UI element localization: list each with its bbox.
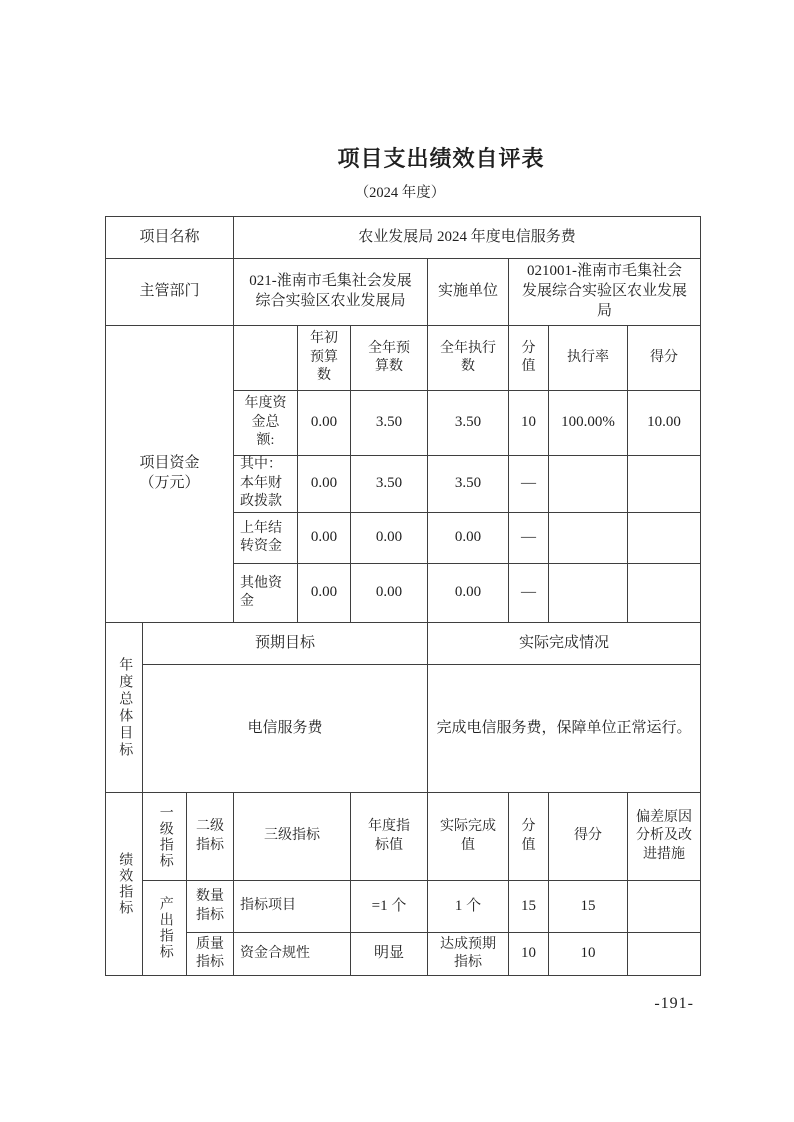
expected-goal-value: 电信服务费 <box>143 665 428 793</box>
self-evaluation-table: 项目名称 农业发展局 2024 年度电信服务费 主管部门 021-淮南市毛集社会… <box>105 216 701 976</box>
funding-header-executed: 全年执行 数 <box>428 326 509 391</box>
perf-target-cell: =1 个 <box>351 881 428 933</box>
department-value: 021-淮南市毛集社会发展 综合实验区农业发展局 <box>234 259 428 326</box>
perf-score-cell: 10 <box>549 933 628 976</box>
perf-header-score: 得分 <box>549 793 628 881</box>
perf-level1-text: 产出指标 <box>155 896 173 960</box>
unit-value: 021001-淮南市毛集社会 发展综合实验区农业发展 局 <box>509 259 701 326</box>
funding-cell: 3.50 <box>351 391 428 456</box>
funding-header-score: 得分 <box>628 326 701 391</box>
expected-goal-header: 预期目标 <box>143 623 428 665</box>
funding-cell <box>628 564 701 623</box>
project-name-value: 农业发展局 2024 年度电信服务费 <box>234 217 701 259</box>
funding-cell <box>628 456 701 513</box>
project-name-label: 项目名称 <box>106 217 234 259</box>
perf-level3-cell: 指标项目 <box>234 881 351 933</box>
funding-cell <box>628 513 701 564</box>
unit-label: 实施单位 <box>428 259 509 326</box>
perf-actual-cell: 达成预期 指标 <box>428 933 509 976</box>
perf-header-points: 分 值 <box>509 793 549 881</box>
funding-cell: 0.00 <box>298 564 351 623</box>
perf-header-target: 年度指 标值 <box>351 793 428 881</box>
funding-header-empty <box>234 326 298 391</box>
funding-row-label: 上年结 转资金 <box>234 513 298 564</box>
department-label: 主管部门 <box>106 259 234 326</box>
page-subtitle: （2024 年度） <box>0 181 794 202</box>
funding-header-execution-rate: 执行率 <box>549 326 628 391</box>
funding-cell: 3.50 <box>351 456 428 513</box>
perf-score-cell: 15 <box>549 881 628 933</box>
document-page: 项目支出绩效自评表 （2024 年度） 项目名称 农业发展局 2024 年度电信… <box>0 0 794 1122</box>
funding-cell: 10 <box>509 391 549 456</box>
funding-cell: — <box>509 513 549 564</box>
perf-deviation-cell <box>628 933 701 976</box>
annual-goal-section-label: 年度总体目标 <box>106 623 143 793</box>
perf-header-level1: 一级指标 <box>143 793 187 881</box>
perf-header-actual: 实际完成 值 <box>428 793 509 881</box>
perf-header-level1-text: 一级指标 <box>155 805 173 869</box>
page-title: 项目支出绩效自评表 <box>0 142 794 173</box>
page-number: -191- <box>654 995 694 1013</box>
funding-header-annual-budget: 全年预 算数 <box>351 326 428 391</box>
annual-goal-section-label-text: 年度总体目标 <box>115 657 133 759</box>
funding-cell: 0.00 <box>351 513 428 564</box>
funding-cell <box>549 513 628 564</box>
performance-section-label: 绩效指标 <box>106 793 143 976</box>
funding-cell <box>549 564 628 623</box>
funding-cell <box>549 456 628 513</box>
funding-cell: — <box>509 456 549 513</box>
funding-row-label: 其他资 金 <box>234 564 298 623</box>
perf-points-cell: 15 <box>509 881 549 933</box>
funding-cell: 3.50 <box>428 391 509 456</box>
perf-deviation-cell <box>628 881 701 933</box>
actual-completion-header: 实际完成情况 <box>428 623 701 665</box>
funding-cell: 0.00 <box>351 564 428 623</box>
performance-section-label-text: 绩效指标 <box>115 852 133 916</box>
perf-level2-cell: 质量指标 <box>187 933 234 976</box>
perf-level1-cell: 产出指标 <box>143 881 187 976</box>
funding-cell: 100.00% <box>549 391 628 456</box>
funding-cell: 10.00 <box>628 391 701 456</box>
funding-cell: — <box>509 564 549 623</box>
perf-level3-cell: 资金合规性 <box>234 933 351 976</box>
perf-header-level3: 三级指标 <box>234 793 351 881</box>
perf-level2-cell: 数量指标 <box>187 881 234 933</box>
funding-section-label: 项目资金 （万元） <box>106 326 234 623</box>
funding-row-label: 年度资 金总 额: <box>234 391 298 456</box>
funding-cell: 3.50 <box>428 456 509 513</box>
perf-header-level2: 二级指标 <box>187 793 234 881</box>
funding-row-label: 其中： 本年财 政拨款 <box>234 456 298 513</box>
perf-target-cell: 明显 <box>351 933 428 976</box>
funding-cell: 0.00 <box>298 456 351 513</box>
perf-header-deviation: 偏差原因 分析及改 进措施 <box>628 793 701 881</box>
funding-cell: 0.00 <box>298 513 351 564</box>
funding-header-initial-budget: 年初 预算 数 <box>298 326 351 391</box>
actual-completion-value: 完成电信服务费，保障单位正常运行。 <box>428 665 701 793</box>
funding-header-points: 分 值 <box>509 326 549 391</box>
perf-points-cell: 10 <box>509 933 549 976</box>
funding-cell: 0.00 <box>428 564 509 623</box>
funding-cell: 0.00 <box>298 391 351 456</box>
funding-cell: 0.00 <box>428 513 509 564</box>
perf-actual-cell: 1 个 <box>428 881 509 933</box>
